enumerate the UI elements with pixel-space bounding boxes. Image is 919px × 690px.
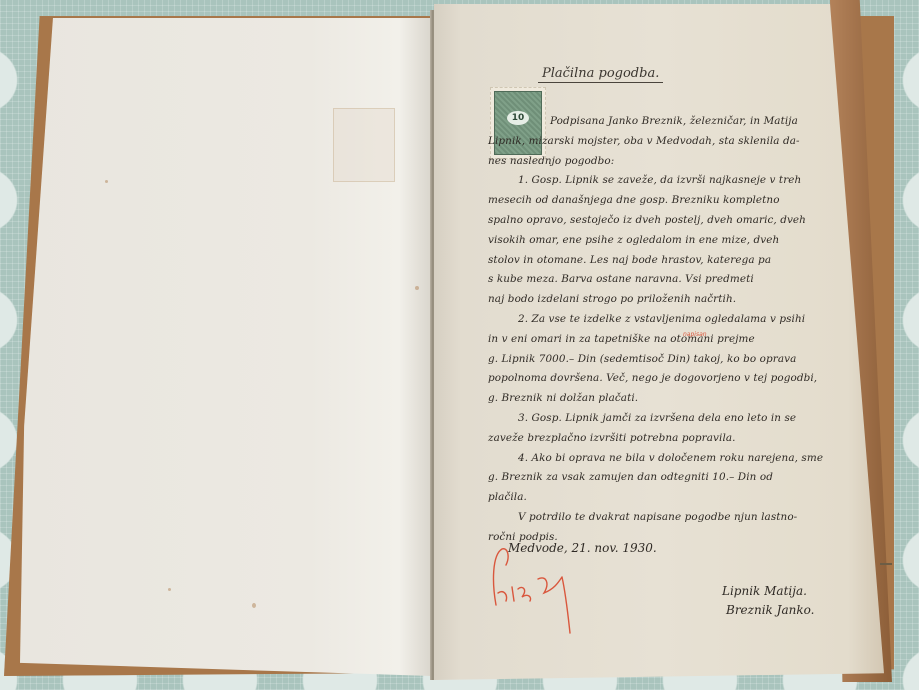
signature-lipnik: Lipnik Matija. [722,582,814,601]
contract-line: nes naslednjo pogodbo: [488,152,860,172]
foxing-spot [105,180,108,183]
contract-line: plačila. [488,488,860,508]
contract-line: spalno opravo, sestoječo iz dveh postelj… [488,211,860,231]
contract-line: V potrdilo te dvakrat napisane pogodbe n… [488,508,860,528]
contract-line: Lipnik, mizarski mojster, oba v Medvodah… [488,132,860,152]
foxing-spot [415,286,419,290]
contract-line: g. Breznik ni dolžan plačati. [488,389,860,409]
red-signature-icon [488,543,578,635]
contract-line: visokih omar, ene psihe z ogledalom in e… [488,231,860,251]
contract-line: mesecih od današnjega dne gosp. Brezniku… [488,191,860,211]
contract-line: s kube meza. Barva ostane naravna. Vsi p… [488,270,860,290]
foxing-spot [168,588,171,591]
contract-line: in v eni omari in za tapetniške na otoma… [488,330,860,350]
red-insertion-annotation: napisan [683,331,707,338]
contract-line: naj bodo izdelani strogo po priloženih n… [488,290,860,310]
contract-line: 4. Ako bi oprava ne bila v določenem rok… [488,449,860,469]
contract-line: zaveže brezplačno izvršiti potrebna popr… [488,429,860,449]
contract-line: 1. Gosp. Lipnik se zaveže, da izvrši naj… [488,171,860,191]
stamp-impression-mark [333,108,395,182]
contract-body: Podpisana Janko Breznik, železničar, in … [488,112,860,548]
contract-line: popolnoma dovršena. Več, nego je dogovor… [488,369,860,389]
contract-line: Podpisana Janko Breznik, železničar, in … [488,112,860,132]
signature-breznik: Breznik Janko. [722,601,814,620]
staple-mark [880,563,892,565]
contract-line: 2. Za vse te izdelke z vstavljenima ogle… [488,310,860,330]
signature-block: Lipnik Matija. Breznik Janko. [722,582,814,620]
document-title: Plačilna pogodba. [538,66,663,83]
contract-line: 3. Gosp. Lipnik jamči za izvršena dela e… [488,409,860,429]
contract-line: stolov in otomane. Les naj bode hrastov,… [488,251,860,271]
left-page-blank [20,18,432,676]
contract-line: g. Lipnik 7000.– Din (sedemtisoč Din) ta… [488,350,860,370]
contract-line: g. Breznik za vsak zamujen dan odtegniti… [488,468,860,488]
foxing-spot [252,603,256,608]
